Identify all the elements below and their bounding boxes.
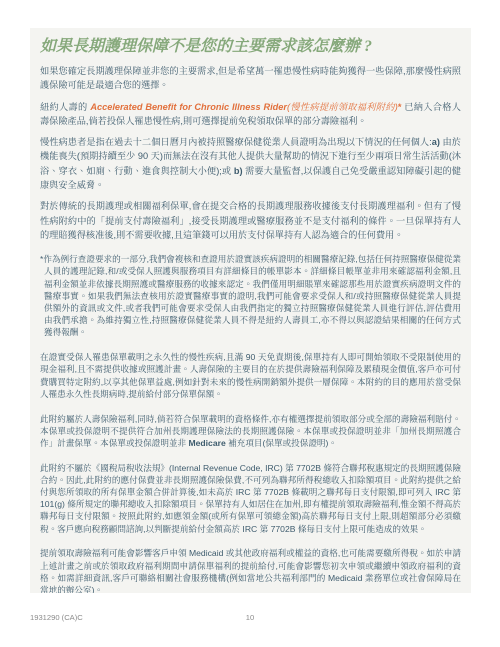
page-number: 10 [246,613,254,622]
footnote-verification: *作為例行查證要求的一部分,我們會複核和查證用於證實該疾病證明的相關醫療記錄,包… [40,253,461,338]
footnotes-section: *作為例行查證要求的一部分,我們會複核和查證用於證實該疾病證明的相關醫療記錄,包… [40,253,461,593]
document-page: 如果長期護理保障不是您的主要需求該怎麼辦 ? 如果您確定長期護理保障並非您的主要… [0,0,500,647]
chronic-def-label-a: a) [432,137,440,147]
rider-prefix: 紐約人壽的 [40,102,90,112]
chronic-def-seg1: 慢性病患者是指在過去十二個日曆月內被持照醫療保健從業人員證明為出現以下情況的任何… [40,137,432,147]
intro-paragraph: 如果您確定長期護理保障並非您的主要需求,但是希望萬一罹患慢性病時能夠獲得一些保障… [40,64,461,93]
page-footer: 1931290 (CA)C 10 [0,613,500,625]
footnote-life-benefit: 此附約屬於人壽保險福利,同時,倘若符合保單載明的資格條件,亦有權選擇提前領取部分… [40,413,461,450]
footnote-cash-benefit: 在證實受保人罹患保單載明之永久性的慢性疾病,且滿 90 天免責期後,保單持有人即… [40,351,461,400]
rider-name-chinese: (慢性病提前領取福利附約) [287,102,398,112]
life-benefit-post: 補充項目(保單或投保證明)。 [226,438,337,448]
content-box: 如果長期護理保障不是您的主要需求該怎麼辦 ? 如果您確定長期護理保障並非您的主要… [30,28,471,593]
traditional-ltc-paragraph: 對於傳統的長期護理或相關福利保單,會在提交合格的長期護理服務收據後支付長期護理福… [40,199,461,242]
document-number: 1931290 (CA)C [30,613,83,622]
footnote-medicaid: 提前領取壽險福利可能會影響客戶申領 Medicaid 或其他政府福利或權益的資格… [40,547,461,593]
chronic-def-label-b: b) [234,166,243,176]
page-title: 如果長期護理保障不是您的主要需求該怎麼辦 ? [40,36,461,57]
medicare-label: Medicare [188,438,225,448]
footnote-irc: 此附約不屬於《國稅局稅收法規》(Internal Revenue Code, I… [40,462,461,535]
rider-paragraph: 紐約人壽的 Accelerated Benefit for Chronic Il… [40,100,461,129]
chronic-definition-paragraph: 慢性病患者是指在過去十二個日曆月內被持照醫療保健從業人員證明為出現以下情況的任何… [40,135,461,192]
rider-name-english: Accelerated Benefit for Chronic Illness … [90,102,287,112]
